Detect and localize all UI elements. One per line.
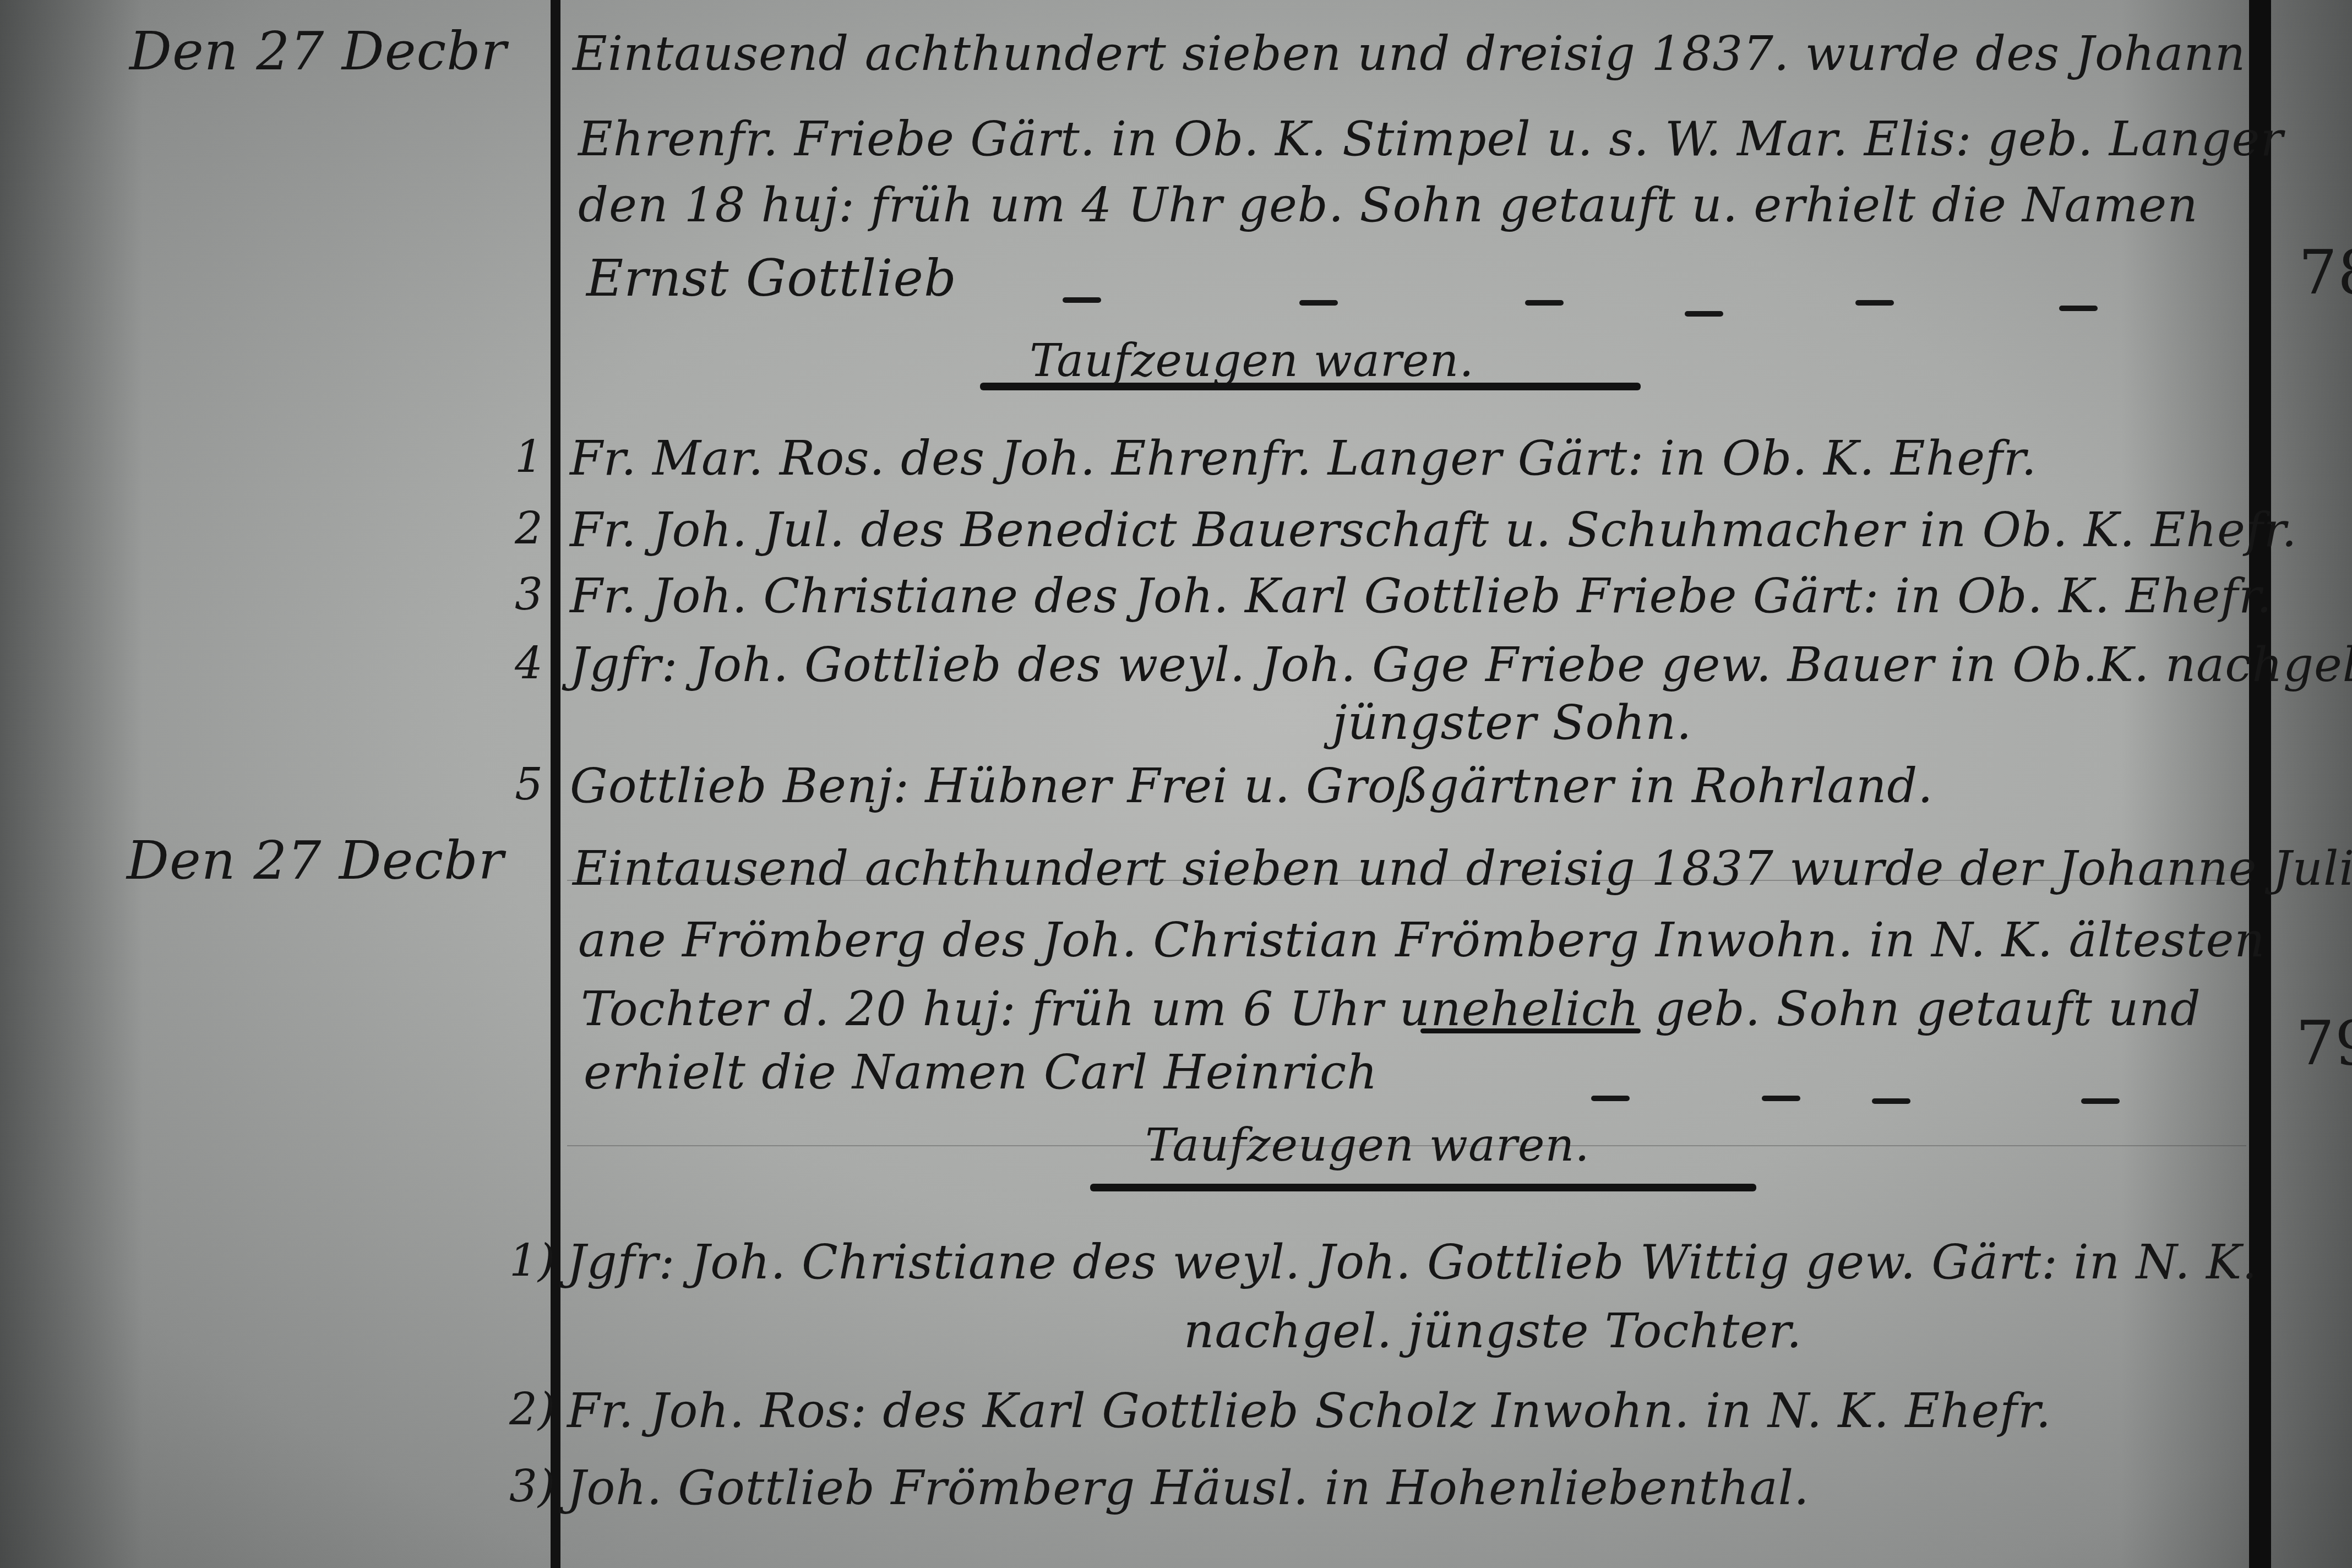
entry-2-line-3: Tochter d. 20 huj: früh um 6 Uhr uneheli… (581, 986, 2201, 1033)
register-page: Den 27 Decbr Eintausend achthundert sieb… (0, 0, 2352, 1568)
margin-entry-number: 78 (2299, 242, 2352, 303)
entry-1-witness-4-continuation: jüngster Sohn. (1332, 699, 1692, 747)
entry-2-witness-heading: Taufzeugen waren. (1145, 1123, 1590, 1168)
entry-2-witness-1-continuation: nachgel. jüngste Tochter. (1184, 1308, 1802, 1355)
fill-dash (1063, 297, 1101, 303)
entry-2-line-1: Eintausend achthundert sieben und dreisi… (573, 845, 2352, 892)
fill-dash (1591, 1096, 1630, 1101)
margin-entry-number: 79 (2296, 1013, 2352, 1074)
heading-underline (1090, 1184, 1756, 1191)
fill-dash (1299, 300, 1338, 306)
underline-unehelich (1420, 1028, 1641, 1033)
scan-shadow-left (0, 0, 143, 1568)
fill-dash (2059, 306, 2098, 311)
entry-2-line-2: ane Frömberg des Joh. Christian Frömberg… (578, 917, 2266, 964)
fill-dash (1762, 1096, 1800, 1101)
fill-dash (2081, 1098, 2120, 1104)
fill-dash (1525, 300, 1564, 306)
entry-1-witness-heading: Taufzeugen waren. (1030, 339, 1474, 384)
entry-2-witness-1: Jgfr: Joh. Christiane des weyl. Joh. Got… (567, 1239, 2258, 1286)
fill-dash (1872, 1098, 1910, 1104)
fill-dash (1685, 311, 1723, 317)
scan-shadow-right (2121, 0, 2352, 1568)
entry-1-witness-2: Fr. Joh. Jul. des Benedict Bauerschaft u… (570, 507, 2297, 554)
witness-number: 3) (509, 1464, 556, 1509)
witness-number: 4 (515, 641, 543, 685)
entry-1-witness-1: Fr. Mar. Ros. des Joh. Ehrenfr. Langer G… (570, 435, 2037, 482)
witness-number: 5 (515, 763, 543, 807)
entry-2-line-4: erhielt die Namen Carl Heinrich (584, 1049, 1378, 1096)
entry-1-witness-5: Gottlieb Benj: Hübner Frei u. Großgärtne… (570, 763, 1934, 810)
entry-2-witness-2: Fr. Joh. Ros: des Karl Gottlieb Scholz I… (567, 1387, 2051, 1435)
entry-1-line-3: den 18 huj: früh um 4 Uhr geb. Sohn geta… (578, 182, 2198, 229)
entry-1-witness-3: Fr. Joh. Christiane des Joh. Karl Gottli… (570, 573, 2272, 620)
witness-number: 3 (515, 573, 543, 617)
right-margin-rule (2249, 0, 2271, 1568)
entry-1-date: Den 27 Decbr (129, 25, 507, 78)
entry-1-line-1: Eintausend achthundert sieben und dreisi… (573, 30, 2246, 78)
entry-1-child-name: Ernst Gottlieb (586, 253, 957, 304)
entry-1-witness-4: Jgfr: Joh. Gottlieb des weyl. Joh. Gge F… (570, 641, 2352, 689)
column-divider (551, 0, 560, 1568)
witness-number: 2) (509, 1387, 556, 1431)
entry-2-witness-3: Joh. Gottlieb Frömberg Häusl. in Hohenli… (567, 1464, 1810, 1512)
fill-dash (1855, 300, 1894, 306)
entry-1-line-2: Ehrenfr. Friebe Gärt. in Ob. K. Stimpel … (578, 116, 2284, 163)
witness-number: 1) (509, 1239, 556, 1283)
entry-2-date: Den 27 Decbr (127, 834, 504, 887)
witness-number: 1 (515, 435, 543, 479)
witness-number: 2 (515, 507, 543, 551)
heading-underline (980, 383, 1641, 390)
